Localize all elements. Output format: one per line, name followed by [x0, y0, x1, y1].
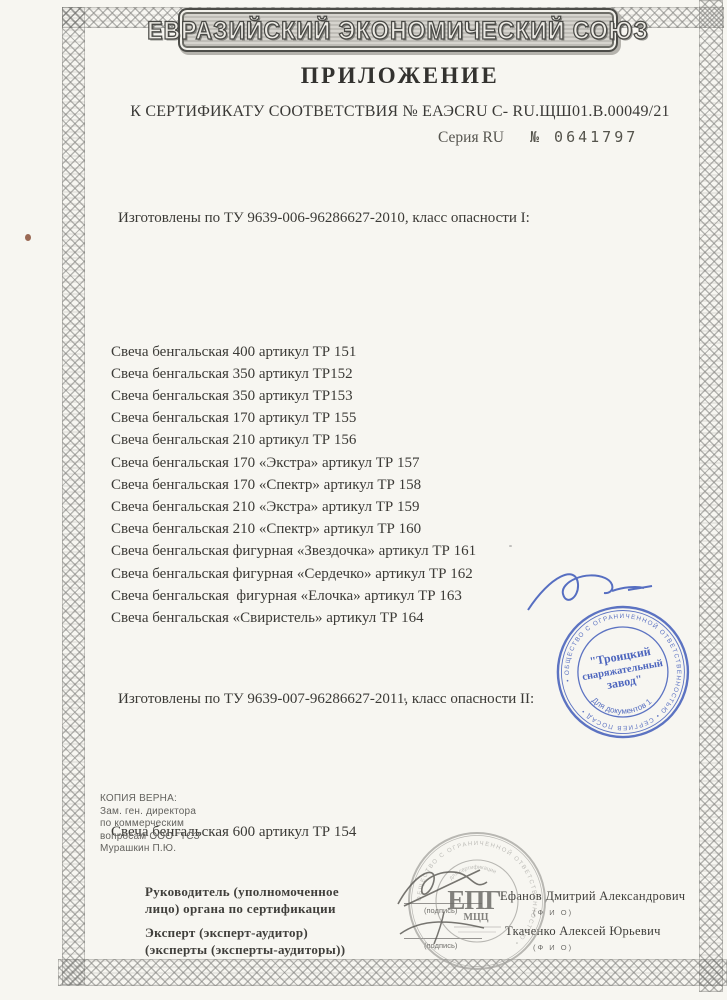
product-line: Свеча бенгальская фигурная «Елочка» арти…: [111, 585, 534, 607]
expert-role-line2: (эксперты (эксперты-аудиторы)): [145, 942, 345, 958]
product-line: Свеча бенгальская 170 «Экстра» артикул Т…: [111, 452, 534, 474]
certificate-number-line: К СЕРТИФИКАТУ СООТВЕТСТВИЯ № ЕАЭСRU С- R…: [73, 103, 727, 121]
copy-note-lines: Зам. ген. директорапо коммерческимвопрос…: [100, 806, 204, 856]
copy-note-line: Мурашкин П.Ю.: [100, 843, 204, 856]
scan-speck: [404, 698, 406, 701]
expert-handwritten-signature: [392, 906, 502, 948]
scan-speck: [313, 574, 315, 576]
scan-speck: [509, 545, 512, 547]
group2-header: Изготовлены по ТУ 9639-007-96286627-2011…: [111, 688, 534, 710]
company-stamp-bottom-arc: Для документов 1: [589, 686, 655, 722]
certificate-appendix-page: ЕВРАЗИЙСКИЙ ЭКОНОМИЧЕСКИЙ СОЮЗ ПРИЛОЖЕНИ…: [0, 0, 727, 1000]
product-line: Свеча бенгальская 170 «Спектр» артикул Т…: [111, 474, 534, 496]
ornament-border-bottom: [58, 959, 727, 986]
group1-header: Изготовлены по ТУ 9639-006-96286627-2010…: [111, 207, 534, 229]
ornament-border-left: [62, 7, 85, 985]
head-role-line1: Руководитель (уполномоченное: [145, 884, 339, 900]
scan-speck: [25, 234, 31, 241]
product-line: Свеча бенгальская 210 «Спектр» артикул Т…: [111, 518, 534, 540]
product-line: Свеча бенгальская «Свиристель» артикул Т…: [111, 607, 534, 629]
series-number: № 0641797: [530, 128, 638, 146]
expert-role-line1: Эксперт (эксперт-аудитор): [145, 925, 308, 941]
company-stamp: • ОБЩЕСТВО С ОГРАНИЧЕННОЙ ОТВЕТСТВЕННОСТ…: [541, 589, 704, 756]
group1-items: Свеча бенгальская 400 артикул ТР 151Свеч…: [111, 274, 534, 629]
copy-note-line: по коммерческим: [100, 818, 204, 831]
series-label: Серия RU: [438, 129, 504, 146]
product-line: Свеча бенгальская фигурная «Звездочка» а…: [111, 540, 534, 562]
product-line: Свеча бенгальская 170 артикул ТР 155: [111, 407, 534, 429]
product-line: Свеча бенгальская 210 артикул ТР 156: [111, 429, 534, 451]
copy-certified-note: КОПИЯ ВЕРНА: Зам. ген. директорапо комме…: [100, 793, 204, 856]
page-title: ПРИЛОЖЕНИЕ: [73, 63, 727, 89]
copy-note-title: КОПИЯ ВЕРНА:: [100, 793, 204, 806]
product-line: Свеча бенгальская фигурная «Сердечко» ар…: [111, 563, 534, 585]
product-line: Свеча бенгальская 350 артикул ТР153: [111, 385, 534, 407]
product-line: Свеча бенгальская 210 «Экстра» артикул Т…: [111, 496, 534, 518]
head-role-line2: лицо) органа по сертификации: [145, 901, 336, 917]
product-line: Свеча бенгальская 400 артикул ТР 151: [111, 341, 534, 363]
head-handwritten-signature: [392, 860, 502, 910]
eaeu-banner-text: ЕВРАЗИЙСКИЙ ЭКОНОМИЧЕСКИЙ СОЮЗ: [147, 15, 649, 45]
product-list: Изготовлены по ТУ 9639-006-96286627-2010…: [111, 163, 534, 888]
svg-text:Для документов 1: Для документов 1: [589, 686, 655, 722]
copy-note-line: вопросам ООО "ТСЗ": [100, 831, 204, 844]
scan-speck: [298, 615, 301, 618]
ornament-border-right: [699, 0, 723, 992]
eaeu-banner: ЕВРАЗИЙСКИЙ ЭКОНОМИЧЕСКИЙ СОЮЗ: [178, 8, 618, 52]
series-line: Серия RU№ 0641797: [438, 128, 638, 147]
product-line: Свеча бенгальская 350 артикул ТР152: [111, 363, 534, 385]
copy-note-line: Зам. ген. директора: [100, 806, 204, 819]
